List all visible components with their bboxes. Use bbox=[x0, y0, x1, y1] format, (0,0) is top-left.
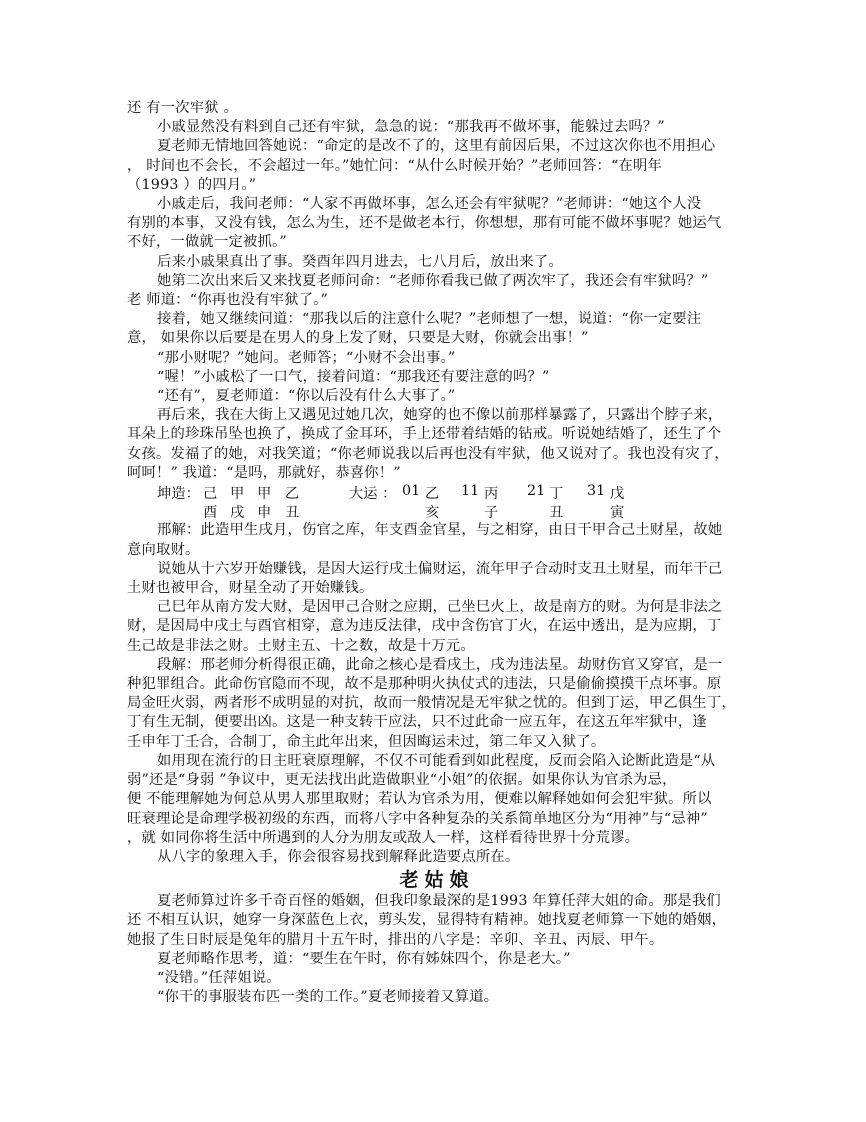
paragraph-line: ， 时间也不会长，不会超过一年。”她忙问：“从什么时候开始？”老师回答：“在明年 bbox=[127, 157, 747, 176]
paragraph-line: 说她从十六岁开始赚钱，是因大运行戌土偏财运，流年甲子合动时支丑土财星，而年干己 bbox=[127, 560, 747, 579]
paragraph-line: 邢解：此造甲生戌月，伤官之库，年支酉金官星，与之相穿，由日干甲合己土财星，故她 bbox=[127, 521, 747, 540]
dayun-branch: 子 bbox=[484, 502, 498, 522]
dayun-age: 01 bbox=[402, 483, 420, 499]
bazi-label: 坤造： bbox=[157, 483, 200, 503]
paragraph-line: 她第二次出来后又来找夏老师问命：“老师你看我已做了两次牢了，我还会有牢狱吗？” bbox=[127, 272, 747, 291]
paragraph-line: 她报了生日时辰是兔年的腊月十五午时，排出的八字是：辛卯、辛丑、丙辰、甲午。 bbox=[127, 931, 747, 950]
paragraph-line: 如用现在流行的日主旺衰原理解，不仅不可能看到如此程度，反而会陷入论断此造是“从 bbox=[127, 752, 747, 771]
paragraph-line: 夏老师略作思考，道：“要生在午时，你有姊妹四个，你是老大。” bbox=[127, 950, 747, 969]
paragraph-line: 意， 如果你以后要是在男人的身上发了财，只要是大财，你就会出事！” bbox=[127, 329, 747, 348]
section-story-old-maid: 夏老师算过许多千奇百怪的婚姻，但我印象最深的是1993 年算任萍大姐的命。那是我… bbox=[127, 892, 747, 1007]
paragraph-line: 财，是因局中戌土与酉官相穿，意为违反法律，戌中含伤官丁火，在运中透出，是为应期，… bbox=[127, 617, 747, 636]
paragraph-line: 再后来，我在大街上又遇见过她几次，她穿的也不像以前那样暴露了，只露出个脖子来， bbox=[127, 406, 747, 425]
paragraph-line: 夏老师无情地回答她说：“命定的是改不了的，这里有前因后果，不过这次你也不用担心 bbox=[127, 137, 747, 156]
section-analysis: 邢解：此造甲生戌月，伤官之库，年支酉金官星，与之相穿，由日干甲合己土财星，故她 … bbox=[127, 521, 747, 867]
bazi-branch: 丑 bbox=[285, 502, 299, 522]
paragraph-line: “那小财呢？”她问。老师答；“小财不会出事。” bbox=[127, 349, 747, 368]
document-page: 还 有一次牢狱 。 小戚显然没有料到自己还有牢狱，急急的说：“那我再不做坏事，能… bbox=[127, 99, 747, 1007]
paragraph-line: 丁有生无制，便要出凶。这是一种支转干应法，只不过此命一应五年，在这五年牢狱中，逢 bbox=[127, 713, 747, 732]
dayun-stem: 丙 bbox=[484, 483, 498, 503]
dayun-age: 31 bbox=[587, 483, 605, 499]
paragraph-line: 小戚走后，我问老师：“人家不再做坏事，怎么还会有牢狱呢？”老师讲：“她这个人没 bbox=[127, 195, 747, 214]
paragraph-line: 小戚显然没有料到自己还有牢狱，急急的说：“那我再不做坏事，能躲过去吗？” bbox=[127, 118, 747, 137]
paragraph-line: 段解：邢老师分析得很正确，此命之核心是看戌土，戌为违法星。劫财伤官又穿官，是一 bbox=[127, 656, 747, 675]
paragraph-line: “喔！”小戚松了一口气，接着问道：“那我还有要注意的吗？” bbox=[127, 368, 747, 387]
paragraph-line: ，就 如同你将生活中所遇到的人分为朋友或敌人一样，这样看待世界十分荒谬。 bbox=[127, 829, 747, 848]
dayun-age: 11 bbox=[461, 483, 479, 499]
paragraph-line: 从八字的象理入手，你会很容易找到解释此造要点所在。 bbox=[127, 848, 747, 867]
paragraph-line: 局金旺火弱，两者形不成明显的对抗，故而一般情况是无牢狱之忧的。但到丁运，甲乙俱生… bbox=[127, 694, 747, 713]
paragraph-line: 生己故是非法之财。土财主五、十之数，故是十万元。 bbox=[127, 637, 747, 656]
dayun-branch: 寅 bbox=[610, 502, 624, 522]
paragraph-line: 己巳年从南方发大财，是因甲己合财之应期，己坐巳火上，故是南方的财。为何是非法之 bbox=[127, 598, 747, 617]
paragraph-line: 还 有一次牢狱 。 bbox=[127, 99, 747, 118]
paragraph-line: “你干的事服装布匹一类的工作。”夏老师接着又算道。 bbox=[127, 988, 747, 1007]
paragraph-line: 有别的本事，又没有钱，怎么为生，还不是做老本行，你想想，那有可能不做坏事呢？她运… bbox=[127, 214, 747, 233]
dayun-stem: 丁 bbox=[549, 483, 563, 503]
dayun-label: 大运 ： bbox=[349, 483, 396, 503]
dayun-branch: 丑 bbox=[549, 502, 563, 522]
paragraph-line: 旺衰理论是命理学极初级的东西，而将八字中各种复杂的关系简单地区分为“用神”与“忌… bbox=[127, 810, 747, 829]
paragraph-line: 还 不相互认识，她穿一身深蓝色上衣，剪头发，显得特有精神。她找夏老师算一下她的婚… bbox=[127, 911, 747, 930]
dayun-stem: 乙 bbox=[425, 483, 439, 503]
dayun-age: 21 bbox=[527, 483, 545, 499]
dayun-branch: 亥 bbox=[425, 502, 439, 522]
paragraph-line: 呵呵！” 我道：“是吗，那就好，恭喜你！” bbox=[127, 464, 747, 483]
paragraph-line: 弱”还是“身弱 ”争议中，更无法找出此造做职业“小姐”的依据。如果你认为官杀为忌… bbox=[127, 771, 747, 790]
paragraph-line: 夏老师算过许多千奇百怪的婚姻，但我印象最深的是1993 年算任萍大姐的命。那是我… bbox=[127, 892, 747, 911]
paragraph-line: 便 不能理解她为何总从男人那里取财；若认为官杀为用，便难以解释她如何会犯牢狱。所… bbox=[127, 790, 747, 809]
bazi-stem: 乙 bbox=[285, 483, 299, 503]
paragraph-line: 耳朵上的珍珠吊坠也换了，换成了金耳环，手上还带着结婚的钻戒。听说她结婚了，还生了… bbox=[127, 425, 747, 444]
paragraph-line: 后来小戚果真出了事。癸酉年四月进去，七八月后，放出来了。 bbox=[127, 253, 747, 272]
paragraph-line: “没错。”任萍姐说。 bbox=[127, 969, 747, 988]
paragraph-line: 种犯罪组合。此命伤官隐而不现，故不是那种明火执仗式的违法，只是偷偷摸摸干点坏事。… bbox=[127, 675, 747, 694]
bazi-stem: 甲 bbox=[230, 483, 244, 503]
paragraph-line: （1993 ）的四月。” bbox=[127, 176, 747, 195]
bazi-branch: 戌 bbox=[230, 502, 244, 522]
paragraph-line: 壬申年丁壬合，合制丁，命主此年出来，但因晦运未过，第二年又入狱了。 bbox=[127, 733, 747, 752]
dayun-stem: 戊 bbox=[610, 483, 624, 503]
paragraph-line: 不好，一做就一定被抓。” bbox=[127, 233, 747, 252]
paragraph-line: 意向取财。 bbox=[127, 541, 747, 560]
bazi-stem: 甲 bbox=[257, 483, 271, 503]
paragraph-line: 接着，她又继续问道：“那我以后的注意什么呢？”老师想了一想，说道：“你一定要注 bbox=[127, 310, 747, 329]
bazi-chart: 坤造： 己 甲 甲 乙 酉 戌 申 丑 大运 ： 01 乙 亥 11 丙 子 2… bbox=[127, 483, 747, 521]
section-title: 老姑娘 bbox=[127, 868, 747, 892]
bazi-branch: 申 bbox=[257, 502, 271, 522]
paragraph-line: 女孩。发福了的她，对我笑道；“你老师说我以后再也没有牢狱，他又说对了。我也没有灾… bbox=[127, 445, 747, 464]
paragraph-line: 土财也被甲合，财星全动了开始赚钱。 bbox=[127, 579, 747, 598]
paragraph-line: “还有”，夏老师道：“你以后没有什么大事了。” bbox=[127, 387, 747, 406]
paragraph-line: 老 师道：“你再也没有牢狱了。” bbox=[127, 291, 747, 310]
section-story-xiaoqi: 还 有一次牢狱 。 小戚显然没有料到自己还有牢狱，急急的说：“那我再不做坏事，能… bbox=[127, 99, 747, 483]
bazi-stem: 己 bbox=[203, 483, 217, 503]
bazi-branch: 酉 bbox=[203, 502, 217, 522]
